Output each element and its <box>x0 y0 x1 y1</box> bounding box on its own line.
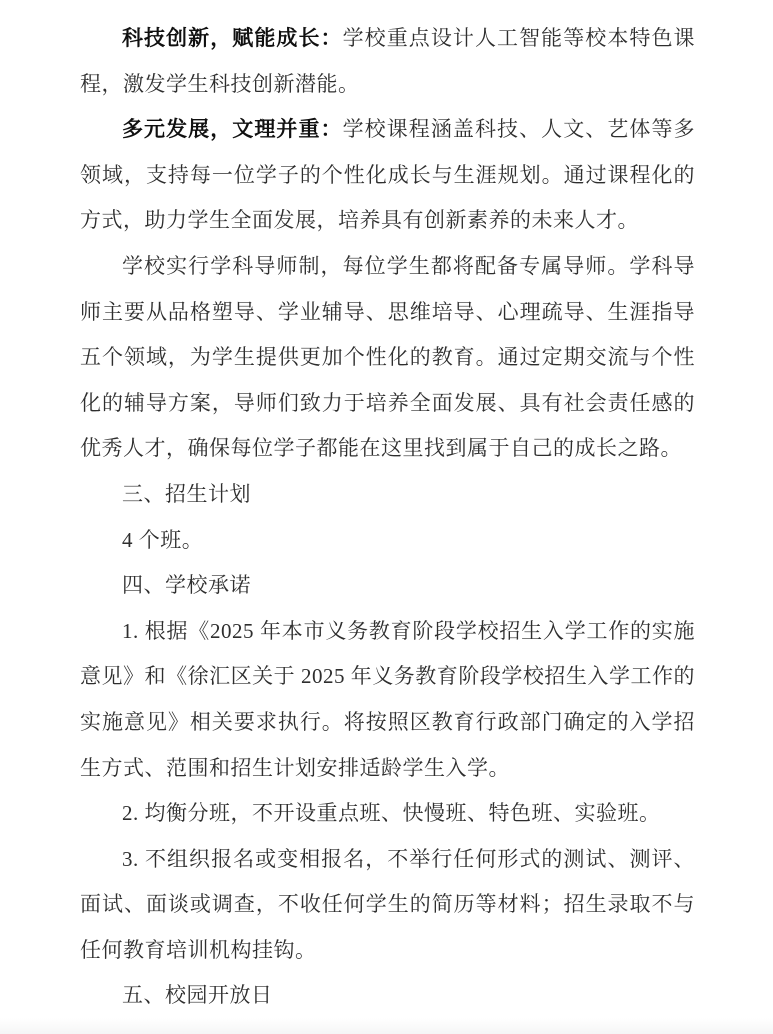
paragraph-lead-bold: 多元发展，文理并重： <box>122 117 343 141</box>
paragraph-commitment-2: 2. 均衡分班，不开设重点班、快慢班、特色班、实验班。 <box>80 791 695 837</box>
paragraph-tech-innovation: 科技创新，赋能成长：学校重点设计人工智能等校本特色课程，激发学生科技创新潜能。 <box>80 16 695 107</box>
paragraph-commitment-1: 1. 根据《2025 年本市义务教育阶段学校招生入学工作的实施意见》和《徐汇区关… <box>80 609 695 791</box>
page-bottom-fade <box>0 1018 773 1034</box>
paragraph-class-count: 4 个班。 <box>80 518 695 564</box>
paragraph-diverse-development: 多元发展，文理并重：学校课程涵盖科技、人文、艺体等多领域，支持每一位学子的个性化… <box>80 107 695 244</box>
paragraph-lead-bold: 科技创新，赋能成长： <box>122 26 343 50</box>
paragraph-mentor-system: 学校实行学科导师制，每位学生都将配备专属导师。学科导师主要从品格塑导、学业辅导、… <box>80 244 695 472</box>
section-heading-school-commitment: 四、学校承诺 <box>80 563 695 609</box>
paragraph-commitment-3: 3. 不组织报名或变相报名，不举行任何形式的测试、测评、面试、面谈或调查，不收任… <box>80 837 695 974</box>
section-heading-enrollment-plan: 三、招生计划 <box>80 472 695 518</box>
section-heading-open-day: 五、校园开放日 <box>80 973 695 1019</box>
document-page: 科技创新，赋能成长：学校重点设计人工智能等校本特色课程，激发学生科技创新潜能。 … <box>0 0 773 1034</box>
document-content: 科技创新，赋能成长：学校重点设计人工智能等校本特色课程，激发学生科技创新潜能。 … <box>0 0 773 1019</box>
